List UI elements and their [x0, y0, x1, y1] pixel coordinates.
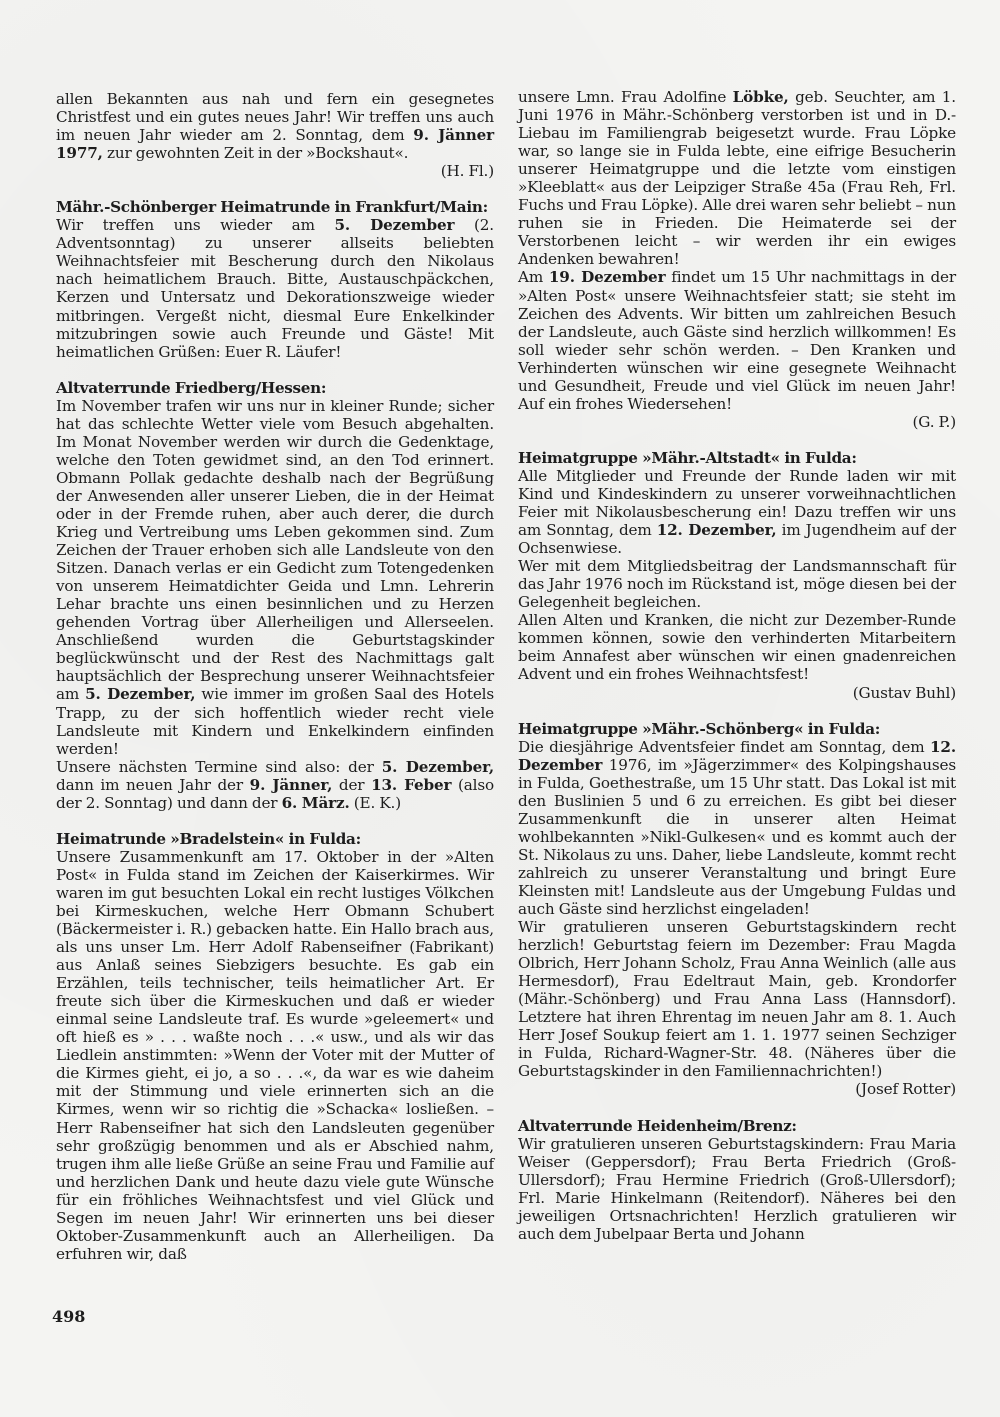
text-run: (E. K.)	[350, 794, 401, 812]
article-section: Altvaterrunde Heidenheim/Brenz:Wir gratu…	[518, 1117, 956, 1243]
bold-text-run: 12. Dezember,	[657, 521, 777, 539]
text-run: dann im neuen Jahr der	[56, 776, 250, 794]
text-run: Wir treffen uns wieder am	[56, 216, 334, 234]
section-heading: Heimatrunde »Bradelstein« in Fulda:	[56, 830, 494, 848]
text-run: findet um 15 Uhr nachmittags in der »Alt…	[518, 268, 956, 412]
text-run: 1976, im »Jägerzimmer« des Kolpingshause…	[518, 756, 956, 918]
left-column: allen Bekannten aus nah und fern ein ges…	[56, 90, 494, 1281]
author-signature: (H. Fl.)	[56, 162, 494, 180]
bold-text-run: Löbke,	[733, 88, 789, 106]
paragraph: allen Bekannten aus nah und fern ein ges…	[56, 90, 494, 162]
paragraph: Unsere Zusammenkunft am 17. Oktober in d…	[56, 848, 494, 1263]
text-run: unsere Lmn. Frau Adolfine	[518, 88, 733, 106]
article-section: Heimatrunde »Bradelstein« in Fulda:Unser…	[56, 830, 494, 1263]
text-run: Am	[518, 268, 549, 286]
author-signature: (G. P.)	[518, 413, 956, 431]
article-section: Altvaterrunde Friedberg/Hessen:Im Novemb…	[56, 379, 494, 812]
paragraph: Wer mit dem Mitgliedsbeitrag der Landsma…	[518, 557, 956, 611]
paragraph: Am 19. Dezember findet um 15 Uhr nachmit…	[518, 268, 956, 412]
bold-text-run: 9. Jänner,	[250, 776, 333, 794]
text-run: Im November trafen wir uns nur in kleine…	[56, 397, 494, 704]
article-continuation: allen Bekannten aus nah und fern ein ges…	[56, 90, 494, 180]
author-signature: (Josef Rotter)	[518, 1080, 956, 1098]
text-run: (2. Adventsonntag) zu unserer allseits b…	[56, 216, 494, 360]
right-column: unsere Lmn. Frau Adolfine Löbke, geb. Se…	[518, 88, 956, 1261]
text-run: der	[332, 776, 371, 794]
paragraph: Wir gratulieren unseren Geburtstagskinde…	[518, 1135, 956, 1243]
paragraph: Wir treffen uns wieder am 5. Dezember (2…	[56, 216, 494, 360]
section-heading: Heimatgruppe »Mähr.-Schönberg« in Fulda:	[518, 720, 956, 738]
article-section: Mähr.-Schönberger Heimatrunde in Frankfu…	[56, 198, 494, 360]
bold-text-run: 5. Dezember	[334, 216, 454, 234]
paragraph: Die diesjährige Adventsfeier findet am S…	[518, 738, 956, 918]
paragraph: unsere Lmn. Frau Adolfine Löbke, geb. Se…	[518, 88, 956, 268]
page-number: 498	[52, 1307, 85, 1326]
paragraph: Wir gratulieren unseren Geburtstagskinde…	[518, 918, 956, 1080]
text-run: Allen Alten und Kranken, die nicht zur D…	[518, 611, 956, 683]
bold-text-run: 5. Dezember,	[382, 758, 494, 776]
bold-text-run: 6. März.	[282, 794, 350, 812]
text-run: geb. Seuchter, am 1. Juni 1976 in Mähr.-…	[518, 88, 956, 268]
text-run: Die diesjährige Adventsfeier findet am S…	[518, 738, 930, 756]
section-heading: Heimatgruppe »Mähr.-Altstadt« in Fulda:	[518, 449, 956, 467]
article-section: Heimatgruppe »Mähr.-Altstadt« in Fulda:A…	[518, 449, 956, 702]
article-section: Heimatgruppe »Mähr.-Schönberg« in Fulda:…	[518, 720, 956, 1099]
bold-text-run: 5. Dezember,	[85, 685, 195, 703]
text-run: Wir gratulieren unseren Geburtstagskinde…	[518, 1135, 956, 1243]
text-run: Unsere Zusammenkunft am 17. Oktober in d…	[56, 848, 494, 1263]
paragraph: Unsere nächsten Termine sind also: der 5…	[56, 758, 494, 812]
text-run: Wir gratulieren unseren Geburtstagskinde…	[518, 918, 956, 1080]
bold-text-run: 19. Dezember	[549, 268, 666, 286]
author-signature: (Gustav Buhl)	[518, 684, 956, 702]
bold-text-run: 13. Feber	[371, 776, 451, 794]
paragraph: Im November trafen wir uns nur in kleine…	[56, 397, 494, 758]
text-run: zur gewohnten Zeit in der »Bockshaut«.	[103, 144, 409, 162]
section-heading: Mähr.-Schönberger Heimatrunde in Frankfu…	[56, 198, 494, 216]
paragraph: Allen Alten und Kranken, die nicht zur D…	[518, 611, 956, 683]
section-heading: Altvaterrunde Friedberg/Hessen:	[56, 379, 494, 397]
paragraph: Alle Mitglieder und Freunde der Runde la…	[518, 467, 956, 557]
text-run: Unsere nächsten Termine sind also: der	[56, 758, 382, 776]
article-continuation: unsere Lmn. Frau Adolfine Löbke, geb. Se…	[518, 88, 956, 431]
section-heading: Altvaterrunde Heidenheim/Brenz:	[518, 1117, 956, 1135]
text-run: Wer mit dem Mitgliedsbeitrag der Landsma…	[518, 557, 956, 611]
document-page: allen Bekannten aus nah und fern ein ges…	[0, 0, 1000, 1417]
